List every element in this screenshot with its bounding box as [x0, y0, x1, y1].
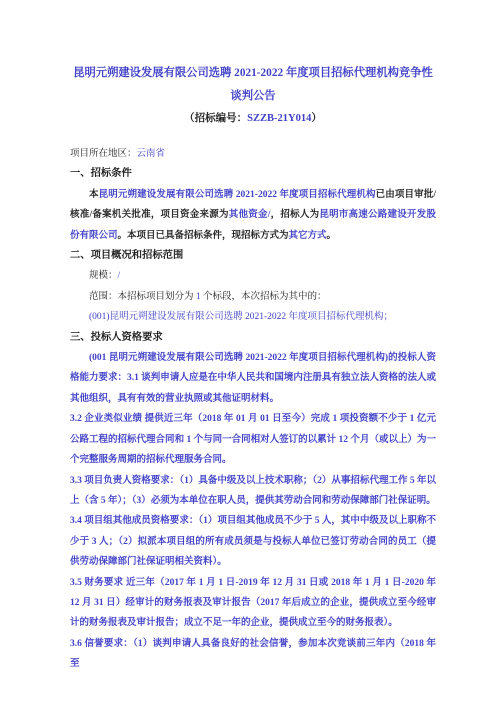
scale-line: 规模：/ — [70, 266, 436, 286]
section2-heading: 二、项目概况和招标范围 — [70, 246, 436, 266]
qualification-requirement-3-4: 3.4 项目组其他成员资格要求：（1）项目组其他成员不少于 5 人，其中中级及以… — [70, 511, 436, 572]
project-location-value: 云南省 — [137, 149, 166, 159]
section1-text: 。本项目已具备招标条件，现招标方式为 — [118, 231, 289, 241]
qualification-requirement-3-1: (001 昆明元朔建设发展有限公司选聘 2021-2022 年度项目招标代理机构… — [70, 348, 436, 409]
qualification-requirement-3-3: 3.3 项目负责人资格要求：（1）具备中级及以上技术职称；（2）从事招标代理工作… — [70, 471, 436, 512]
section1-text: 。 — [327, 231, 337, 241]
tender-number-suffix: ） — [311, 113, 322, 124]
tenderer-project-name: 昆明元朔建设发展有限公司选聘 2021-2022 年度项目招标代理机构 — [99, 190, 376, 200]
bid-section-item: (001)昆明元朔建设发展有限公司选聘 2021-2022 年度项目招标代理机构… — [70, 307, 436, 327]
section3-heading: 三、投标人资格要求 — [70, 328, 436, 348]
section1-paragraph: 本昆明元朔建设发展有限公司选聘 2021-2022 年度项目招标代理机构已由项目… — [70, 185, 436, 246]
scale-label: 规模： — [89, 271, 118, 281]
tender-number-line: （招标编号：SZZB-21Y014） — [70, 108, 436, 130]
tender-number-code: SZZB-21Y014 — [247, 113, 311, 124]
document-body: 项目所在地区：云南省 一、招标条件 本昆明元朔建设发展有限公司选聘 2021-2… — [70, 144, 436, 675]
scale-value: / — [118, 271, 121, 281]
section1-heading: 一、招标条件 — [70, 164, 436, 184]
funding-source-value: 其他资金/ — [229, 210, 271, 220]
section1-text: ，招标人为 — [270, 210, 319, 220]
scope-line: 范围：本招标项目划分为 1 个标段，本次招标为其中的： — [70, 287, 436, 307]
tender-method-value: 其它方式 — [289, 231, 327, 241]
document-title: 昆明元朔建设发展有限公司选聘 2021-2022 年度项目招标代理机构竞争性谈判… — [70, 62, 436, 108]
qualification-requirement-3-5: 3.5 财务要求 近三年（2017 年 1 月 1 日-2019 年 12 月 … — [70, 573, 436, 634]
tender-number-prefix: （招标编号： — [184, 113, 247, 124]
document-content: 昆明元朔建设发展有限公司选聘 2021-2022 年度项目招标代理机构竞争性谈判… — [70, 62, 436, 675]
qualification-requirement-3-2: 3.2 企业类似业绩 提供近三年（2018 年 01 月 01 日至今）完成 1… — [70, 409, 436, 470]
qualification-requirement-3-6: 3.6 信誉要求：（1）谈判申请人具备良好的社会信誉，参加本次竞谈前三年内（20… — [70, 634, 436, 675]
section1-text: 本 — [89, 190, 99, 200]
scope-text: 个标段，本次招标为其中的： — [201, 292, 327, 302]
project-location-line: 项目所在地区：云南省 — [70, 144, 436, 164]
project-location-label: 项目所在地区： — [70, 149, 137, 159]
document-page: 昆明元朔建设发展有限公司选聘 2021-2022 年度项目招标代理机构竞争性谈判… — [0, 0, 497, 703]
scope-text: 范围：本招标项目划分为 — [89, 292, 196, 302]
